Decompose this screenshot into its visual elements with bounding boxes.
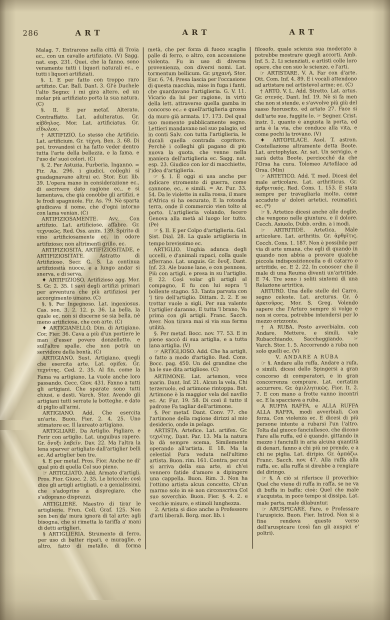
paragraph: filosofo, quale scienza sua moderato a p… [255, 46, 357, 71]
paragraph: §. Per metaf. Bocc. nov. 77. 53. E in pi… [149, 331, 247, 350]
paragraph: ARTIMONE. Lat. artemon, voce marin. Dant… [149, 373, 247, 410]
text-column-3: filosofo, quale scienza sua moderato a p… [250, 46, 359, 549]
paragraph: ARTIGLIERE. Maestro di tirar le artiglie… [38, 501, 141, 532]
paragraph: † ARTIFIZIO. Lo stesso che Artificio. La… [36, 132, 139, 163]
paragraph: † A RUBA. Posto avverbialm. con Andare, … [256, 324, 358, 355]
paragraph: Malag. 7. Entrarono nella città di Troia… [36, 47, 139, 78]
running-head-col3: ART [250, 27, 357, 36]
running-head-col2: ART [143, 28, 250, 37]
paragraph: §. 2. Per Astuzia, Furberia, Inganno. = … [36, 162, 139, 217]
paragraph: §. II. E per metaf. Alterato, Contraffat… [36, 108, 139, 133]
paragraph: § ARTIGLIERIA. Strumento di ferro, per u… [38, 531, 141, 550]
paragraph: ☞ ARTISTARE. V. A. Far con d'arte. Ott. … [255, 70, 357, 89]
text-column-1: Malag. 7. Entrarono nella città di Troia… [36, 47, 145, 549]
paragraph: ☞ §. Artetico dicesi anche alle doglie, … [256, 210, 358, 229]
paragraph: ☞ ARTRITIDE. Artetica, Male articolare. … [256, 228, 358, 289]
paragraph: ARTIGLIO. Unghia adunca degli uccelli, e… [149, 246, 247, 331]
paragraph: ☞ ARTIGLIOSO. Add. Che ha artigli, o fat… [149, 349, 247, 374]
paragraph: ☞ ARUSPICARE. Fare, o Professare l'arusp… [257, 506, 359, 537]
paragraph: ☞ ARTETICO. Add. T. med. Dicesi del male… [255, 173, 357, 210]
paragraph: ☞ §. I. E oggi si usa anche per indicare… [148, 174, 246, 229]
paragraph: metà, che per forza di fuoco scaglia pal… [148, 47, 247, 174]
paragraph: ARTIGLIARE. Da Artiglio. Pigliare, e Fer… [38, 428, 141, 459]
paragraph: §. §. Per Ingegnoso. Lat. ingeniosus. Ca… [37, 301, 140, 326]
paragraph: §. E per metaf. Pros. Fior. Anche ne di'… [38, 458, 141, 471]
paragraph: ☞ §. A ciò si riferisce il proverbio: Qu… [257, 476, 359, 507]
paragraph: ♦ ARTOFILACE. Asol. T. astron. Costellaz… [255, 137, 357, 174]
paragraph: 2. Artista si dice anche a Professore d'… [150, 506, 248, 519]
paragraph: † ARTO. V. L. Add. Stretto. Lat. artus. … [255, 89, 357, 138]
paragraph: ☞ §. II. E per Colpo d'artiglieria. Gal.… [149, 228, 247, 247]
running-head-col1: ART [36, 28, 143, 37]
paragraph: ☞ ARTIGLIATO. Add. Armato d'artigli. Pro… [38, 471, 141, 502]
paragraph: ARTIFIZIOSAMENTE. Avv. Con artifizio. La… [37, 217, 140, 248]
paragraph: ARTIGIANO. Sust. Artigiano, quegli che e… [37, 356, 140, 411]
paragraph: ♦ ARTIGIANELLO. Dim. di Artigiano. Cor. … [37, 325, 140, 356]
paragraph: ☞ §. Andare alla ruffa, Andare a rufa, o… [256, 361, 358, 404]
paragraph: ♦ ARTIFIZIOSO. Artifizioso agg. Mor. S. … [37, 277, 140, 302]
text-columns: Malag. 7. Entrarono nella città di Troia… [36, 46, 359, 549]
text-column-2: metà, che per forza di fuoco scaglia pal… [143, 47, 252, 550]
paragraph: ARTIFIZIOSITÀ, ARTIFIZIOSITADE, e ARTIFI… [37, 247, 140, 278]
paragraph: ARTIGIANO. Add. Che esercita un'arte. Bu… [37, 410, 140, 429]
paragraph: ARTURO. Una delle stelle del Carro, segn… [256, 288, 358, 325]
paragraph: ARTISTA. Artefice. Lat. artifex. Gr. τεχ… [150, 428, 248, 507]
paragraph: §. Per metaf. Dant. Conv. 77. che l'arti… [149, 410, 247, 429]
page-content: 286 ART ART ART Malag. 7. Entrarono nell… [0, 0, 390, 620]
scanned-dictionary-page: 286 ART ART ART Malag. 7. Entrarono nell… [0, 0, 390, 620]
paragraph: A RUFFA RAFFA, e ALLA RUFFA ALLA RAFFA, … [256, 403, 358, 476]
paragraph: §. I. E per fatto con troppo raro artifi… [36, 77, 139, 108]
running-head-row: ART ART ART [36, 27, 357, 37]
